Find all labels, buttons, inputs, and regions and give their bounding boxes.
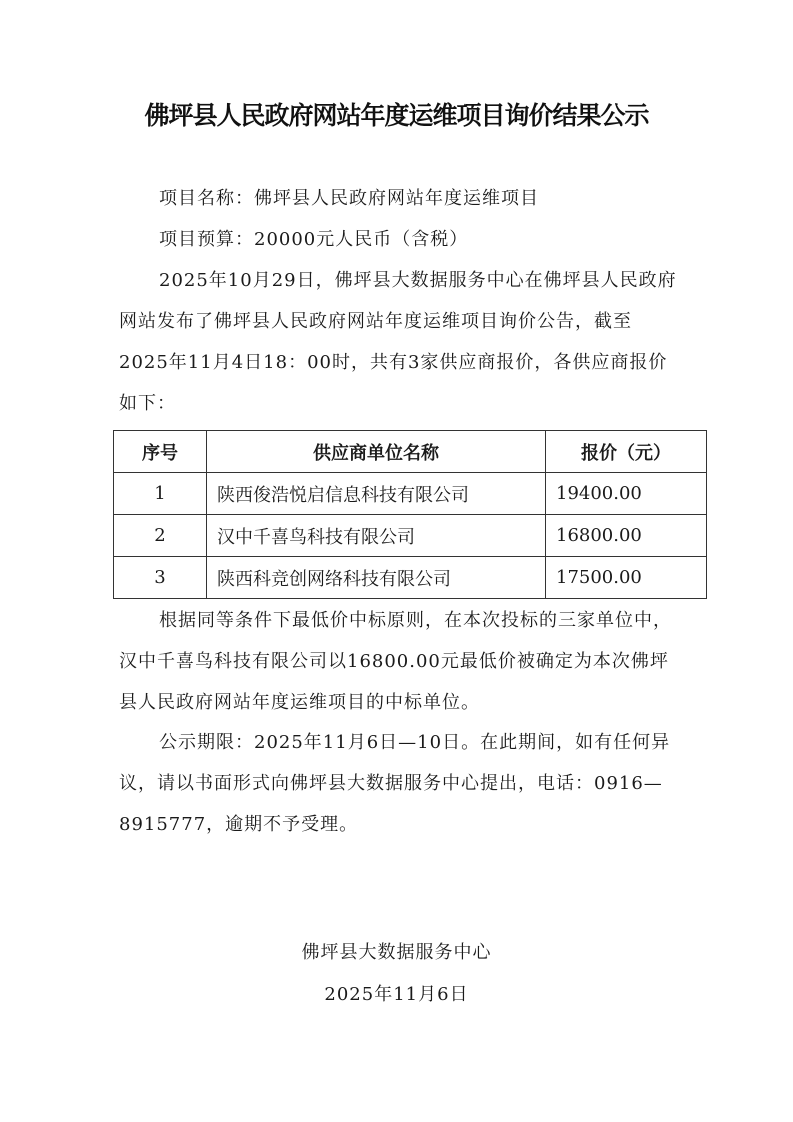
quotes-table: 序号 供应商单位名称 报价（元） 1 陕西俊浩悦启信息科技有限公司 19400.… [113, 430, 707, 599]
document-title: 佛坪县人民政府网站年度运维项目询价结果公示 [0, 96, 793, 132]
table-row: 1 陕西俊浩悦启信息科技有限公司 19400.00 [114, 473, 707, 515]
header-no: 序号 [114, 431, 207, 473]
result-paragraph: 根据同等条件下最低价中标原则，在本次投标的三家单位中，汉中千喜鸟科技有限公司以1… [119, 600, 679, 723]
row-no: 2 [114, 515, 207, 557]
project-name: 项目名称：佛坪县人民政府网站年度运维项目 [119, 178, 679, 219]
row-supplier: 汉中千喜鸟科技有限公司 [207, 515, 546, 557]
header-supplier: 供应商单位名称 [207, 431, 546, 473]
row-price: 17500.00 [546, 557, 707, 599]
signature-org: 佛坪县大数据服务中心 [0, 938, 793, 964]
row-price: 19400.00 [546, 473, 707, 515]
project-budget: 项目预算：20000元人民币（含税） [119, 219, 679, 260]
row-no: 3 [114, 557, 207, 599]
table-row: 2 汉中千喜鸟科技有限公司 16800.00 [114, 515, 707, 557]
row-price: 16800.00 [546, 515, 707, 557]
table-row: 3 陕西科竞创网络科技有限公司 17500.00 [114, 557, 707, 599]
table-header-row: 序号 供应商单位名称 报价（元） [114, 431, 707, 473]
row-supplier: 陕西俊浩悦启信息科技有限公司 [207, 473, 546, 515]
signature-date: 2025年11月6日 [0, 980, 793, 1006]
row-no: 1 [114, 473, 207, 515]
notice-paragraph: 公示期限：2025年11月6日—10日。在此期间，如有任何异议，请以书面形式向佛… [119, 722, 679, 845]
header-price: 报价（元） [546, 431, 707, 473]
intro-paragraph: 2025年10月29日，佛坪县大数据服务中心在佛坪县人民政府网站发布了佛坪县人民… [119, 260, 679, 424]
row-supplier: 陕西科竞创网络科技有限公司 [207, 557, 546, 599]
